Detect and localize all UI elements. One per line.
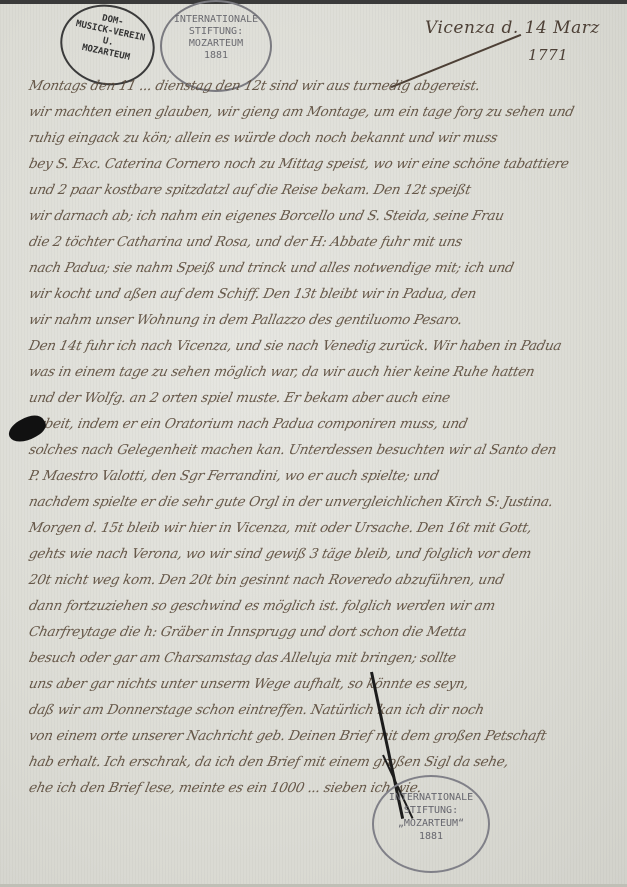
text-line: nach Padua; sie nahm Speiß und trinck un…: [25, 260, 616, 286]
text-line: P. Maestro Valotti, den Sgr Ferrandini, …: [25, 468, 616, 494]
stamp-line: STIFTUNG:: [374, 804, 488, 817]
text-line: Arbeit, indem er ein Oratorium nach Padu…: [25, 416, 616, 442]
stamp-internationale-stiftung-bottom: INTERNATIONALE STIFTUNG: „MOZARTEUM“ 188…: [372, 775, 490, 873]
text-line: und 2 paar kostbare spitzdatzl auf die R…: [25, 182, 616, 208]
text-line: Morgen d. 15t bleib wir hier in Vicenza,…: [25, 520, 616, 546]
text-line: 20t nicht weg kom. Den 20t bin gesinnt n…: [25, 572, 616, 598]
text-line: bey S. Exc. Caterina Cornero noch zu Mit…: [25, 156, 616, 182]
text-line: Montags den 11 ... dienstag den 12t sind…: [25, 78, 616, 104]
stamp-line: „MOZARTEUM“: [374, 817, 488, 830]
text-line: wir kocht und aßen auf dem Schiff. Den 1…: [25, 286, 616, 312]
stamp-line: 1881: [162, 50, 270, 62]
text-line: die 2 töchter Catharina und Rosa, und de…: [25, 234, 616, 260]
text-line: wir machten einen glauben, wir gieng am …: [25, 104, 616, 130]
stamp-line: MOZARTEUM: [162, 38, 270, 50]
text-line: und der Wolfg. an 2 orten spiel muste. E…: [25, 390, 616, 416]
text-line: wir nahm unser Wohnung in dem Pallazzo d…: [25, 312, 616, 338]
stamp-line: STIFTUNG:: [162, 26, 270, 38]
text-line: Den 14t fuhr ich nach Vicenza, und sie n…: [25, 338, 616, 364]
letter-place-date: Vicenza d. 14 Marz: [425, 18, 600, 38]
text-line: solches nach Gelegenheit machen kan. Unt…: [25, 442, 616, 468]
stamp-line: INTERNATIONALE: [374, 791, 488, 804]
stamp-line: INTERNATIONALE: [162, 14, 270, 26]
stamp-line: 1881: [374, 830, 488, 843]
text-line: daß wir am Donnerstage schon eintreffen.…: [25, 702, 616, 728]
letter-page: DOM- MUSICK-VEREIN U. MOZARTEUM INTERNAT…: [0, 0, 627, 887]
text-line: ruhig eingack zu kön; allein es würde do…: [25, 130, 616, 156]
letter-year: 1771: [528, 46, 568, 64]
text-line: besuch oder gar am Charsamstag das Allel…: [25, 650, 616, 676]
text-line: gehts wie nach Verona, wo wir sind gewiß…: [25, 546, 616, 572]
text-line: nachdem spielte er die sehr gute Orgl in…: [25, 494, 616, 520]
text-line: was in einem tage zu sehen möglich war, …: [25, 364, 616, 390]
text-line: hab erhalt. Ich erschrak, da ich den Bri…: [25, 754, 616, 780]
text-line: uns aber gar nichts unter unserm Wege au…: [25, 676, 616, 702]
text-line: von einem orte unserer Nachricht geb. De…: [25, 728, 616, 754]
text-line: dann fortzuziehen so geschwind es möglic…: [25, 598, 616, 624]
text-line: wir darnach ab; ich nahm ein eigenes Bor…: [25, 208, 616, 234]
scan-top-edge: [0, 0, 627, 4]
text-line: Charfreytage die h: Gräber in Innsprugg …: [25, 624, 616, 650]
text-line: ehe ich den Brief lese, meinte es ein 10…: [25, 780, 616, 806]
